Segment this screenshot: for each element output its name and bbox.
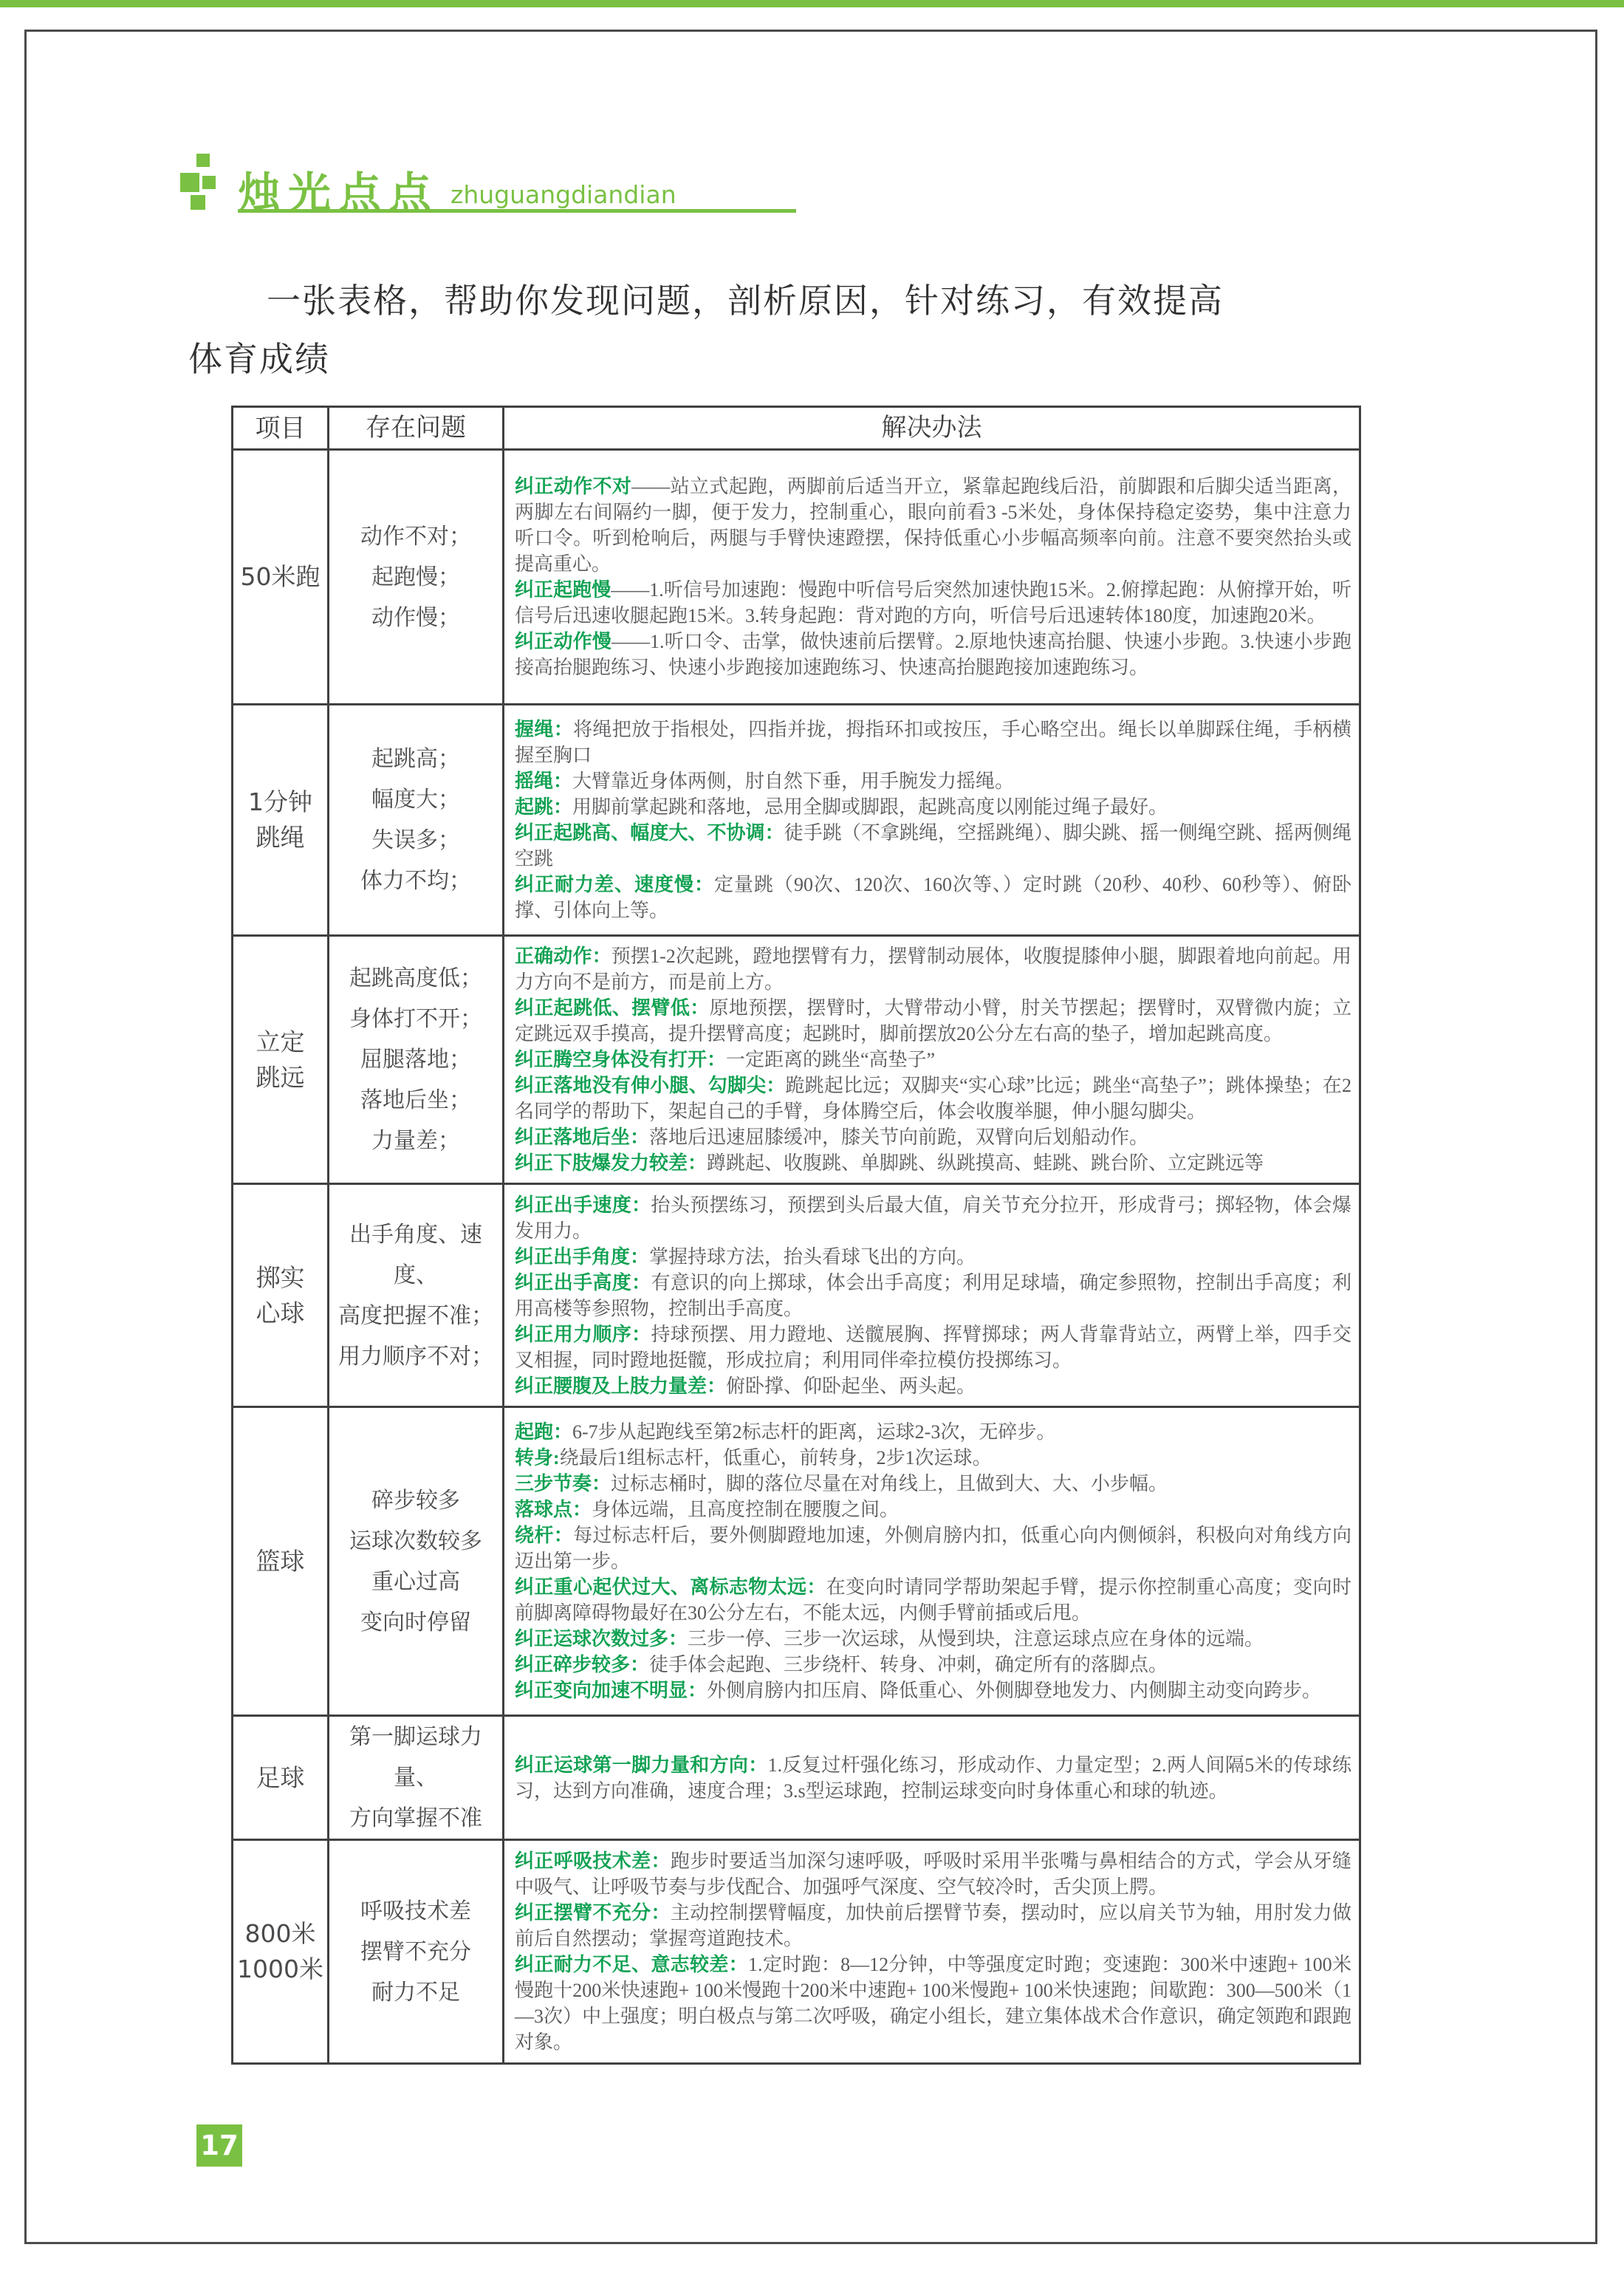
solution-keyword: 纠正变向加速不明显： <box>515 1680 707 1701</box>
solution-detail: 俯卧撑、仰卧起坐、两头起。 <box>726 1375 976 1397</box>
table-row-standing-jump: 立定跳远 起跳高度低；身体打不开；屈腿落地；落地后坐；力量差； 正确动作：预摆1… <box>233 936 1360 1184</box>
problems-cell: 动作不对；起跑慢；动作慢； <box>329 450 504 705</box>
brand-underline <box>238 209 796 213</box>
solution-keyword: 纠正起跳低、摆臂低： <box>515 997 710 1019</box>
solutions-cell: 纠正出手速度：抬头预摆练习，预摆到头后最大值，肩关节充分拉开，形成背弓；掷轻物，… <box>504 1184 1360 1407</box>
solution-detail: 预摆1-2次起跳，蹬地摆臂有力，摆臂制动展体，收腹提膝伸小腿，脚跟着地向前起。用… <box>515 946 1351 993</box>
solution-detail: 用脚前掌起跳和落地，忌用全脚或脚跟，起跳高度以刚能过绳子最好。 <box>572 796 1168 818</box>
table-row-medicine-ball: 掷实心球 出手角度、速度、高度把握不准；用力顺序不对； 纠正出手速度：抬头预摆练… <box>233 1184 1360 1407</box>
item-cell: 篮球 <box>233 1407 329 1716</box>
solution-keyword: 纠正运球第一脚力量和方向： <box>515 1754 768 1776</box>
problems-cell: 起跳高；幅度大；失误多；体力不均； <box>329 705 504 936</box>
solution-paragraph: 纠正呼吸技术差：跑步时要适当加深匀速呼吸，呼吸时采用半张嘴与鼻相结合的方式，学会… <box>515 1848 1351 1900</box>
header-item: 项目 <box>233 407 329 450</box>
solution-paragraph: 摇绳：大臂靠近身体两侧，肘自然下垂，用手腕发力摇绳。 <box>515 768 1351 794</box>
solution-paragraph: 纠正耐力不足、意志较差：1.定时跑：8—12分钟，中等强度定时跑；变速跑：300… <box>515 1952 1351 2055</box>
solutions-cell: 纠正运球第一脚力量和方向：1.反复过杆强化练习，形成动作、力量定型；2.两人间隔… <box>504 1716 1360 1840</box>
item-cell: 立定跳远 <box>233 936 329 1184</box>
solution-paragraph: 纠正落地没有伸小腿、勾脚尖：跪跳起比远；双脚夹“实心球”比远；跳坐“高垫子”；跳… <box>515 1073 1351 1124</box>
table-header-row: 项目 存在问题 解决办法 <box>233 407 1360 450</box>
solution-paragraph: 纠正摆臂不充分：主动控制摆臂幅度，加快前后摆臂节奏，摆动时，应以肩关节为轴，用肘… <box>515 1900 1351 1952</box>
solution-keyword: 纠正摆臂不充分： <box>515 1902 671 1924</box>
solution-keyword: 纠正动作不对 <box>515 476 631 497</box>
solution-detail: 落地后迅速屈膝缓冲，膝关节向前跪，双臂向后划船动作。 <box>649 1127 1148 1148</box>
solution-keyword: 摇绳： <box>515 770 572 792</box>
problem-line: 起跳高； <box>329 739 502 779</box>
table-row-50m: 50米跑 动作不对；起跑慢；动作慢； 纠正动作不对——站立式起跑，两脚前后适当开… <box>233 450 1360 705</box>
problem-line: 碎步较多 <box>329 1480 502 1521</box>
solution-paragraph: 纠正用力顺序：持球预摆、用力蹬地、送髋展胸、挥臂掷球；两人背靠背站立，两臂上举，… <box>515 1322 1351 1373</box>
solution-keyword: 落球点： <box>515 1499 592 1520</box>
solution-keyword: 纠正碎步较多： <box>515 1654 649 1675</box>
solution-paragraph: 纠正碎步较多：徒手体会起跑、三步绕杆、转身、冲刺，确定所有的落脚点。 <box>515 1652 1351 1678</box>
item-label: 立定 <box>233 1025 327 1060</box>
problem-line: 动作不对； <box>329 516 502 557</box>
solution-detail: 过标志桶时，脚的落位尽量在对角线上，且做到大、大、小步幅。 <box>611 1473 1168 1494</box>
solutions-cell: 正确动作：预摆1-2次起跳，蹬地摆臂有力，摆臂制动展体，收腹提膝伸小腿，脚跟着地… <box>504 936 1360 1184</box>
solution-keyword: 纠正用力顺序： <box>515 1324 651 1345</box>
problem-line: 力量差； <box>329 1121 502 1161</box>
solution-paragraph: 纠正出手高度：有意识的向上掷球，体会出手高度；利用足球墙，确定参照物，控制出手高… <box>515 1270 1351 1322</box>
solution-paragraph: 纠正起跳高、幅度大、不协调：徒手跳（不拿跳绳，空摇跳绳）、脚尖跳、摇一侧绳空跳、… <box>515 820 1351 872</box>
solution-keyword: 纠正起跑慢 <box>515 579 611 601</box>
table-row-rope-skipping: 1分钟跳绳 起跳高；幅度大；失误多；体力不均； 握绳：将绳把放于指根处，四指并拢… <box>233 705 1360 936</box>
solution-keyword: 转身: <box>515 1447 560 1469</box>
problem-line: 起跑慢； <box>329 557 502 598</box>
solution-paragraph: 纠正运球第一脚力量和方向：1.反复过杆强化练习，形成动作、力量定型；2.两人间隔… <box>515 1752 1351 1804</box>
solution-detail: 掌握持球方法，抬头看球飞出的方向。 <box>649 1246 976 1268</box>
intro-line-2: 体育成绩 <box>188 330 1385 389</box>
solution-detail: 三步一停、三步一次运球，从慢到块，注意运球点应在身体的远端。 <box>688 1628 1264 1649</box>
solution-detail: 大臂靠近身体两侧，肘自然下垂，用手腕发力摇绳。 <box>572 770 1014 792</box>
solution-paragraph: 纠正变向加速不明显：外侧肩膀内扣压肩、降低重心、外侧脚登地发力、内侧脚主动变向跨… <box>515 1678 1351 1703</box>
intro-line-1: 一张表格，帮助你发现问题，剖析原因，针对练习，有效提高 <box>188 272 1385 330</box>
solutions-cell: 握绳：将绳把放于指根处，四指并拢，拇指环扣或按压，手心略空出。绳长以单脚踩住绳，… <box>504 705 1360 936</box>
solution-keyword: 纠正出手角度： <box>515 1246 649 1268</box>
solution-paragraph: 转身:绕最后1组标志杆，低重心，前转身，2步1次运球。 <box>515 1445 1351 1471</box>
problem-line: 身体打不开； <box>329 999 502 1039</box>
solution-paragraph: 纠正起跳低、摆臂低：原地预摆，摆臂时，大臂带动小臂，肘关节摆起；摆臂时，双臂微内… <box>515 995 1351 1047</box>
problem-line: 用力顺序不对； <box>329 1336 502 1377</box>
training-table: 项目 存在问题 解决办法 50米跑 动作不对；起跑慢；动作慢； 纠正动作不对——… <box>231 406 1361 2065</box>
solution-paragraph: 起跳：用脚前掌起跳和落地，忌用全脚或脚跟，起跳高度以刚能过绳子最好。 <box>515 794 1351 820</box>
problem-line: 幅度大； <box>329 779 502 820</box>
solution-paragraph: 纠正耐力差、速度慢：定量跳（90次、120次、160次等、）定时跳（20秒、40… <box>515 872 1351 923</box>
solution-keyword: 起跳： <box>515 796 572 818</box>
problem-line: 运球次数较多 <box>329 1521 502 1562</box>
solution-paragraph: 纠正动作慢——1.听口令、击掌，做快速前后摆臂。2.原地快速高抬腿、快速小步跑。… <box>515 629 1351 680</box>
problem-line: 变向时停留 <box>329 1602 502 1643</box>
solution-keyword: 起跑： <box>515 1421 572 1443</box>
solution-keyword: 纠正耐力差、速度慢： <box>515 874 714 895</box>
brand-logo-icon <box>180 154 225 216</box>
problems-cell: 起跳高度低；身体打不开；屈腿落地；落地后坐；力量差； <box>329 936 504 1184</box>
item-cell: 足球 <box>233 1716 329 1840</box>
solution-detail: ——1.听口令、击掌，做快速前后摆臂。2.原地快速高抬腿、快速小步跑。3.快速小… <box>515 631 1351 678</box>
problems-cell: 碎步较多运球次数较多重心过高变向时停留 <box>329 1407 504 1716</box>
problem-line: 耐力不足 <box>329 1972 502 2013</box>
header-solutions: 解决办法 <box>504 407 1360 450</box>
solution-paragraph: 绕杆：每过标志杆后，要外侧脚蹬地加速，外侧肩膀内扣，低重心向内侧倾斜，积极向对角… <box>515 1522 1351 1574</box>
problem-line: 摆臂不充分 <box>329 1932 502 1972</box>
solutions-cell: 纠正动作不对——站立式起跑，两脚前后适当开立，紧靠起跑线后沿，前脚跟和后脚尖适当… <box>504 450 1360 705</box>
problem-line: 出手角度、速度、 <box>329 1214 502 1296</box>
solution-detail: 每过标志杆后，要外侧脚蹬地加速，外侧肩膀内扣，低重心向内侧倾斜，积极向对角线方向… <box>515 1525 1351 1572</box>
solution-paragraph: 起跑：6-7步从起跑线至第2标志杆的距离，运球2-3次，无碎步。 <box>515 1419 1351 1445</box>
solution-detail: 徒手体会起跑、三步绕杆、转身、冲刺，确定所有的落脚点。 <box>649 1654 1168 1675</box>
item-cell: 1分钟跳绳 <box>233 705 329 936</box>
solution-detail: 蹲跳起、收腹跳、单脚跳、纵跳摸高、蛙跳、跳台阶、立定跳远等 <box>707 1152 1264 1174</box>
solution-detail: 身体远端，且高度控制在腰腹之间。 <box>592 1499 899 1520</box>
problem-line: 动作慢； <box>329 598 502 638</box>
item-label: 50米跑 <box>233 559 327 595</box>
problem-line: 重心过高 <box>329 1562 502 1602</box>
solutions-cell: 起跑：6-7步从起跑线至第2标志杆的距离，运球2-3次，无碎步。转身:绕最后1组… <box>504 1407 1360 1716</box>
item-label: 足球 <box>233 1760 327 1796</box>
item-cell: 50米跑 <box>233 450 329 705</box>
item-cell: 掷实心球 <box>233 1184 329 1407</box>
item-label: 篮球 <box>233 1544 327 1579</box>
problem-line: 第一脚运球力量、 <box>329 1717 502 1798</box>
solutions-cell: 纠正呼吸技术差：跑步时要适当加深匀速呼吸，呼吸时采用半张嘴与鼻相结合的方式，学会… <box>504 1840 1360 2064</box>
solution-detail: 一定距离的跳坐“高垫子” <box>726 1049 935 1070</box>
solution-keyword: 纠正落地没有伸小腿、勾脚尖： <box>515 1075 786 1096</box>
solution-paragraph: 纠正重心起伏过大、离标志物太远：在变向时请同学帮助架起手臂，提示你控制重心高度；… <box>515 1574 1351 1626</box>
solution-keyword: 纠正出手高度： <box>515 1272 651 1293</box>
table-row-football: 足球 第一脚运球力量、方向掌握不准 纠正运球第一脚力量和方向：1.反复过杆强化练… <box>233 1716 1360 1840</box>
problem-line: 落地后坐； <box>329 1080 502 1121</box>
solution-paragraph: 纠正下肢爆发力较差：蹲跳起、收腹跳、单脚跳、纵跳摸高、蛙跳、跳台阶、立定跳远等 <box>515 1150 1351 1176</box>
problems-cell: 第一脚运球力量、方向掌握不准 <box>329 1716 504 1840</box>
solution-paragraph: 正确动作：预摆1-2次起跳，蹬地摆臂有力，摆臂制动展体，收腹提膝伸小腿，脚跟着地… <box>515 943 1351 995</box>
problem-line: 屈腿落地； <box>329 1039 502 1080</box>
solution-detail: 绕最后1组标志杆，低重心，前转身，2步1次运球。 <box>560 1447 992 1469</box>
solution-paragraph: 纠正出手角度：掌握持球方法，抬头看球飞出的方向。 <box>515 1244 1351 1270</box>
solution-keyword: 三步节奏： <box>515 1473 611 1494</box>
problem-line: 高度把握不准； <box>329 1296 502 1336</box>
header-problems: 存在问题 <box>329 407 504 450</box>
solution-detail: 外侧肩膀内扣压肩、降低重心、外侧脚登地发力、内侧脚主动变向跨步。 <box>707 1680 1321 1701</box>
solution-paragraph: 落球点：身体远端，且高度控制在腰腹之间。 <box>515 1497 1351 1522</box>
solution-keyword: 纠正动作慢 <box>515 631 611 652</box>
solution-paragraph: 三步节奏：过标志桶时，脚的落位尽量在对角线上，且做到大、大、小步幅。 <box>515 1471 1351 1497</box>
item-label: 1分钟 <box>233 784 327 820</box>
solution-detail: ——1.听信号加速跑：慢跑中听信号后突然加速快跑15米。2.俯撑起跑：从俯撑开始… <box>515 579 1351 626</box>
solution-keyword: 纠正下肢爆发力较差： <box>515 1152 707 1174</box>
solution-keyword: 纠正出手速度： <box>515 1194 651 1216</box>
solution-keyword: 纠正重心起伏过大、离标志物太远： <box>515 1576 826 1598</box>
problem-line: 失误多； <box>329 820 502 861</box>
item-label: 心球 <box>233 1296 327 1331</box>
solution-paragraph: 纠正动作不对——站立式起跑，两脚前后适当开立，紧靠起跑线后沿，前脚跟和后脚尖适当… <box>515 474 1351 577</box>
intro-text: 一张表格，帮助你发现问题，剖析原因，针对练习，有效提高 体育成绩 <box>188 272 1385 389</box>
problems-cell: 出手角度、速度、高度把握不准；用力顺序不对； <box>329 1184 504 1407</box>
solution-paragraph: 纠正出手速度：抬头预摆练习，预摆到头后最大值，肩关节充分拉开，形成背弓；掷轻物，… <box>515 1192 1351 1244</box>
solution-paragraph: 握绳：将绳把放于指根处，四指并拢，拇指环扣或按压，手心略空出。绳长以单脚踩住绳，… <box>515 717 1351 768</box>
solution-paragraph: 纠正起跑慢——1.听信号加速跑：慢跑中听信号后突然加速快跑15米。2.俯撑起跑：… <box>515 577 1351 629</box>
solution-detail: 将绳把放于指根处，四指并拢，拇指环扣或按压，手心略空出。绳长以单脚踩住绳，手柄横… <box>515 719 1351 766</box>
problem-line: 起跳高度低； <box>329 958 502 999</box>
solution-keyword: 纠正腰腹及上肢力量差： <box>515 1375 726 1397</box>
item-label: 800米 <box>233 1916 327 1952</box>
solution-detail: ——站立式起跑，两脚前后适当开立，紧靠起跑线后沿，前脚跟和后脚尖适当距离，两脚左… <box>515 476 1351 575</box>
solution-keyword: 握绳： <box>515 719 573 740</box>
item-label: 1000米 <box>233 1952 327 1987</box>
problem-line: 呼吸技术差 <box>329 1891 502 1932</box>
table-row-800m-1000m: 800米1000米 呼吸技术差摆臂不充分耐力不足 纠正呼吸技术差：跑步时要适当加… <box>233 1840 1360 2064</box>
solution-paragraph: 纠正腰腹及上肢力量差：俯卧撑、仰卧起坐、两头起。 <box>515 1373 1351 1399</box>
solution-keyword: 纠正呼吸技术差： <box>515 1850 671 1872</box>
table-row-basketball: 篮球 碎步较多运球次数较多重心过高变向时停留 起跑：6-7步从起跑线至第2标志杆… <box>233 1407 1360 1716</box>
solution-keyword: 纠正起跳高、幅度大、不协调： <box>515 822 784 844</box>
solution-keyword: 正确动作： <box>515 946 611 967</box>
solution-keyword: 绕杆： <box>515 1525 573 1546</box>
problem-line: 方向掌握不准 <box>329 1798 502 1839</box>
top-accent-bar <box>0 0 1624 7</box>
solution-keyword: 纠正耐力不足、意志较差： <box>515 1954 748 1975</box>
solution-keyword: 纠正腾空身体没有打开： <box>515 1049 726 1070</box>
brand-pinyin: zhuguangdiandian <box>450 180 676 209</box>
item-label: 掷实 <box>233 1260 327 1296</box>
solution-keyword: 纠正落地后坐： <box>515 1127 649 1148</box>
solution-keyword: 纠正运球次数过多： <box>515 1628 688 1649</box>
page-number-badge: 17 <box>196 2124 242 2167</box>
item-cell: 800米1000米 <box>233 1840 329 2064</box>
solution-paragraph: 纠正运球次数过多：三步一停、三步一次运球，从慢到块，注意运球点应在身体的远端。 <box>515 1626 1351 1652</box>
solution-paragraph: 纠正腾空身体没有打开：一定距离的跳坐“高垫子” <box>515 1047 1351 1073</box>
solution-detail: 6-7步从起跑线至第2标志杆的距离，运球2-3次，无碎步。 <box>572 1421 1055 1443</box>
item-label: 跳绳 <box>233 820 327 855</box>
item-label: 跳远 <box>233 1060 327 1095</box>
problem-line: 体力不均； <box>329 861 502 901</box>
solution-paragraph: 纠正落地后坐：落地后迅速屈膝缓冲，膝关节向前跪，双臂向后划船动作。 <box>515 1124 1351 1150</box>
problems-cell: 呼吸技术差摆臂不充分耐力不足 <box>329 1840 504 2064</box>
